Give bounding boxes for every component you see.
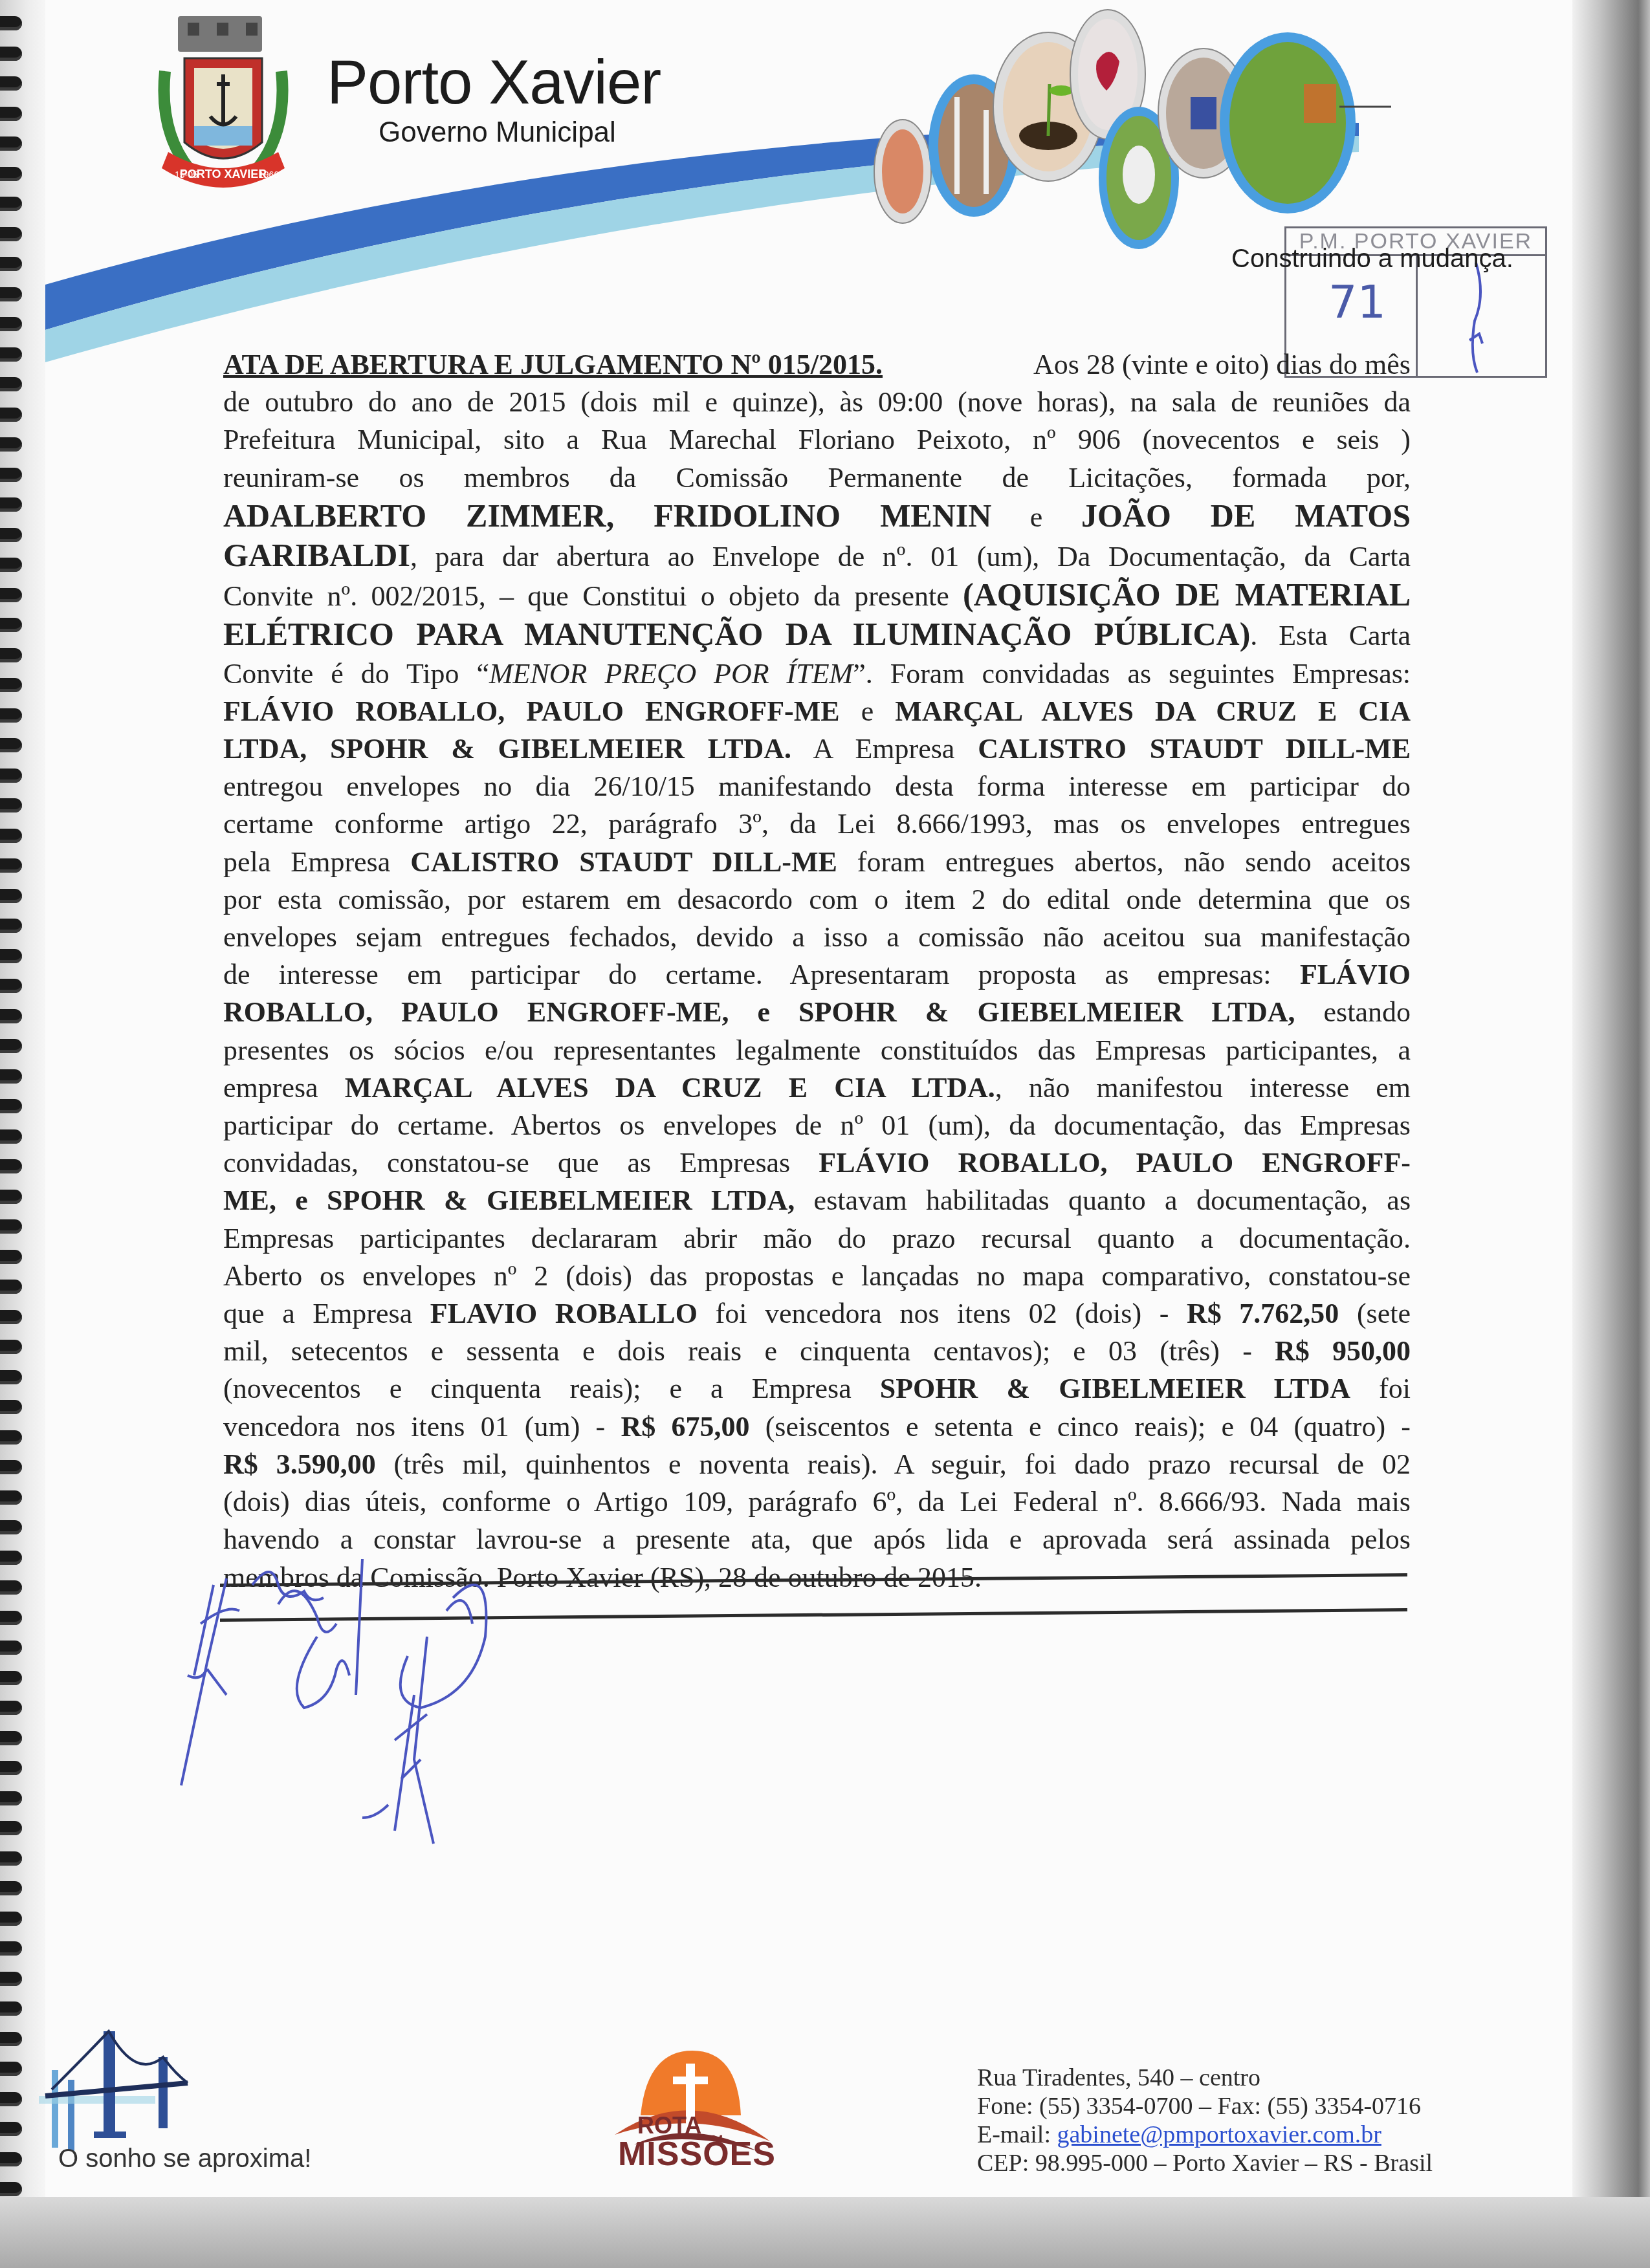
text-line: ADALBERTO ZIMMER, FRIDOLINO MENIN e JOÃO… (223, 497, 1411, 536)
text-line: ROBALLO, PAULO ENGROFF-ME, e SPOHR & GIE… (223, 994, 1411, 1031)
spiral-ring (0, 1851, 22, 1866)
spiral-ring (0, 648, 22, 662)
text-line: de interesse em participar do certame. A… (223, 956, 1411, 994)
spiral-ring (0, 2152, 22, 2166)
text-line: de outubro do ano de 2015 (dois mil e qu… (223, 384, 1411, 421)
spiral-ring (0, 1190, 22, 1204)
brand-subtitle: Governo Municipal (379, 116, 616, 149)
spiral-ring (0, 437, 22, 452)
rubric-mark (1450, 256, 1502, 376)
spiral-ring (0, 1791, 22, 1805)
signature-3 (362, 1585, 486, 1844)
footer-address: Rua Tiradentes, 540 – centro (977, 2064, 1433, 2092)
text-line: ELÉTRICO PARA MANUTENÇÃO DA ILUMINAÇÃO P… (223, 615, 1411, 655)
spiral-ring (0, 588, 22, 602)
footer-cep: CEP: 98.995-000 – Porto Xavier – RS - Br… (977, 2149, 1433, 2177)
signature-2 (278, 1559, 362, 1708)
spiral-ring (0, 1611, 22, 1625)
text-line: Convite é do Tipo “MENOR PREÇO POR ÍTEM”… (223, 655, 1411, 693)
footer-email-line: E-mail: gabinete@pmportoxavier.com.br (977, 2121, 1433, 2149)
text-line: (novecentos e cinquenta reais); e a Empr… (223, 1370, 1411, 1408)
text-line: certame conforme artigo 22, parágrafo 3º… (223, 805, 1411, 843)
spiral-ring (0, 528, 22, 542)
spiral-ring (0, 708, 22, 723)
spiral-ring (0, 1280, 22, 1294)
text-line: (dois) dias úteis, conforme o Artigo 109… (223, 1483, 1411, 1521)
spiral-ring (0, 1430, 22, 1445)
text-line: Prefeitura Municipal, sito a Rua Marecha… (223, 421, 1411, 459)
spiral-ring (0, 2122, 22, 2136)
spiral-ring (0, 678, 22, 692)
spiral-ring (0, 1069, 22, 1084)
spiral-ring (0, 1941, 22, 1956)
text-line: GARIBALDI, para dar abertura ao Envelope… (223, 536, 1411, 576)
spiral-ring (0, 2182, 22, 2196)
text-line: participar do certame. Abertos os envelo… (223, 1107, 1411, 1144)
text-line-0: Aos 28 (vinte e oito) dias do mês (1033, 346, 1411, 384)
footer-email-label: E-mail: (977, 2121, 1057, 2148)
spiral-ring (0, 1580, 22, 1595)
text-line: pela Empresa CALISTRO STAUDT DILL-ME for… (223, 844, 1411, 881)
spiral-ring (0, 1340, 22, 1354)
spiral-ring (0, 468, 22, 482)
spiral-ring (0, 1370, 22, 1384)
spiral-ring (0, 1671, 22, 1685)
spiral-ring (0, 1310, 22, 1324)
text-line: empresa MARÇAL ALVES DA CRUZ E CIA LTDA.… (223, 1069, 1411, 1107)
spiral-ring (0, 1701, 22, 1715)
text-line: LTDA, SPOHR & GIBELMEIER LTDA. A Empresa… (223, 730, 1411, 768)
spiral-ring (0, 1219, 22, 1234)
spiral-ring (0, 1159, 22, 1173)
minutes-body: ATA DE ABERTURA E JULGAMENTO Nº 015/2015… (223, 346, 1411, 1597)
text-line: presentes os sócios e/ou representantes … (223, 1032, 1411, 1069)
spiral-ring (0, 1099, 22, 1113)
signature-1 (181, 1572, 324, 1785)
spiral-ring (0, 738, 22, 752)
spiral-ring (0, 1250, 22, 1264)
spiral-ring (0, 2092, 22, 2106)
handwritten-signatures (168, 1546, 945, 1850)
page-bottom-edge (0, 2197, 1650, 2268)
text-line: vencedora nos itens 01 (um) - R$ 675,00 … (223, 1408, 1411, 1446)
document-title-line: ATA DE ABERTURA E JULGAMENTO Nº 015/2015… (223, 346, 1411, 384)
spiral-ring (0, 2001, 22, 2016)
footer-slogan: O sonho se aproxima! (58, 2144, 311, 2174)
text-line: mil, setecentos e sessenta e dois reais … (223, 1333, 1411, 1370)
spiral-ring (0, 1129, 22, 1144)
spiral-ring (0, 1490, 22, 1505)
text-line: convidadas, constatou-se que as Empresas… (223, 1144, 1411, 1182)
header-tagline: Construindo a mudança. (1231, 245, 1513, 274)
spiral-ring (0, 558, 22, 572)
svg-text:15-05: 15-05 (175, 169, 198, 180)
spiral-ring (0, 829, 22, 843)
spiral-ring (0, 1460, 22, 1474)
spiral-ring (0, 1551, 22, 1565)
footer-email-link[interactable]: gabinete@pmportoxavier.com.br (1057, 2121, 1381, 2148)
stamp-rubric-cell (1418, 256, 1545, 376)
spiral-ring (0, 2062, 22, 2076)
spiral-ring (0, 949, 22, 963)
spiral-ring (0, 919, 22, 933)
text-line: entregou envelopes no dia 26/10/15 manif… (223, 768, 1411, 805)
spiral-ring (0, 1009, 22, 1023)
text-line: ME, e SPOHR & GIEBELMEIER LTDA, estavam … (223, 1182, 1411, 1219)
photo-circle-crops (1220, 32, 1391, 213)
contact-block: Rua Tiradentes, 540 – centro Fone: (55) … (977, 2064, 1433, 2177)
municipal-crest-logo: PORTO XAVIER 15-05 1966 (155, 13, 291, 201)
text-line: Aberto os envelopes nº 2 (dois) das prop… (223, 1258, 1411, 1295)
text-line: FLÁVIO ROBALLO, PAULO ENGROFF-ME e MARÇA… (223, 693, 1411, 730)
text-line: envelopes sejam entregues fechados, devi… (223, 919, 1411, 956)
spiral-ring (0, 618, 22, 632)
text-line: por esta comissão, por estarem em desaco… (223, 881, 1411, 919)
spiral-ring (0, 408, 22, 422)
spiral-ring (0, 1761, 22, 1775)
spiral-ring (0, 1912, 22, 1926)
spiral-ring (0, 1972, 22, 1986)
spiral-ring (0, 2032, 22, 2046)
spiral-ring (0, 889, 22, 903)
text-line: reuniram-se os membros da Comissão Perma… (223, 459, 1411, 497)
brand-title: Porto Xavier (327, 52, 661, 114)
spiral-ring (0, 858, 22, 873)
spiral-ring (0, 1400, 22, 1414)
photo-circle-hands (874, 120, 931, 223)
spiral-ring (0, 979, 22, 993)
text-line: R$ 3.590,00 (três mil, quinhentos e nove… (223, 1446, 1411, 1483)
rota-label-bottom: MISSÕES (618, 2135, 776, 2174)
spiral-ring (0, 377, 22, 391)
spiral-ring (0, 497, 22, 512)
spiral-ring (0, 1520, 22, 1534)
spiral-ring (0, 1881, 22, 1895)
text-line: Empresas participantes declararam abrir … (223, 1220, 1411, 1258)
spiral-ring (0, 1641, 22, 1655)
text-line: Convite nº. 002/2015, – que Constitui o … (223, 576, 1411, 615)
spiral-ring (0, 1039, 22, 1053)
folio-number: 71 (1328, 276, 1386, 329)
footer-phone: Fone: (55) 3354-0700 – Fax: (55) 3354-07… (977, 2092, 1433, 2121)
spiral-ring (0, 769, 22, 783)
document-title: ATA DE ABERTURA E JULGAMENTO Nº 015/2015… (223, 346, 883, 384)
svg-text:1966: 1966 (259, 169, 279, 180)
spiral-ring (0, 1731, 22, 1745)
spiral-ring (0, 1821, 22, 1835)
text-line: que a Empresa FLAVIO ROBALLO foi vencedo… (223, 1295, 1411, 1333)
spiral-ring (0, 798, 22, 812)
